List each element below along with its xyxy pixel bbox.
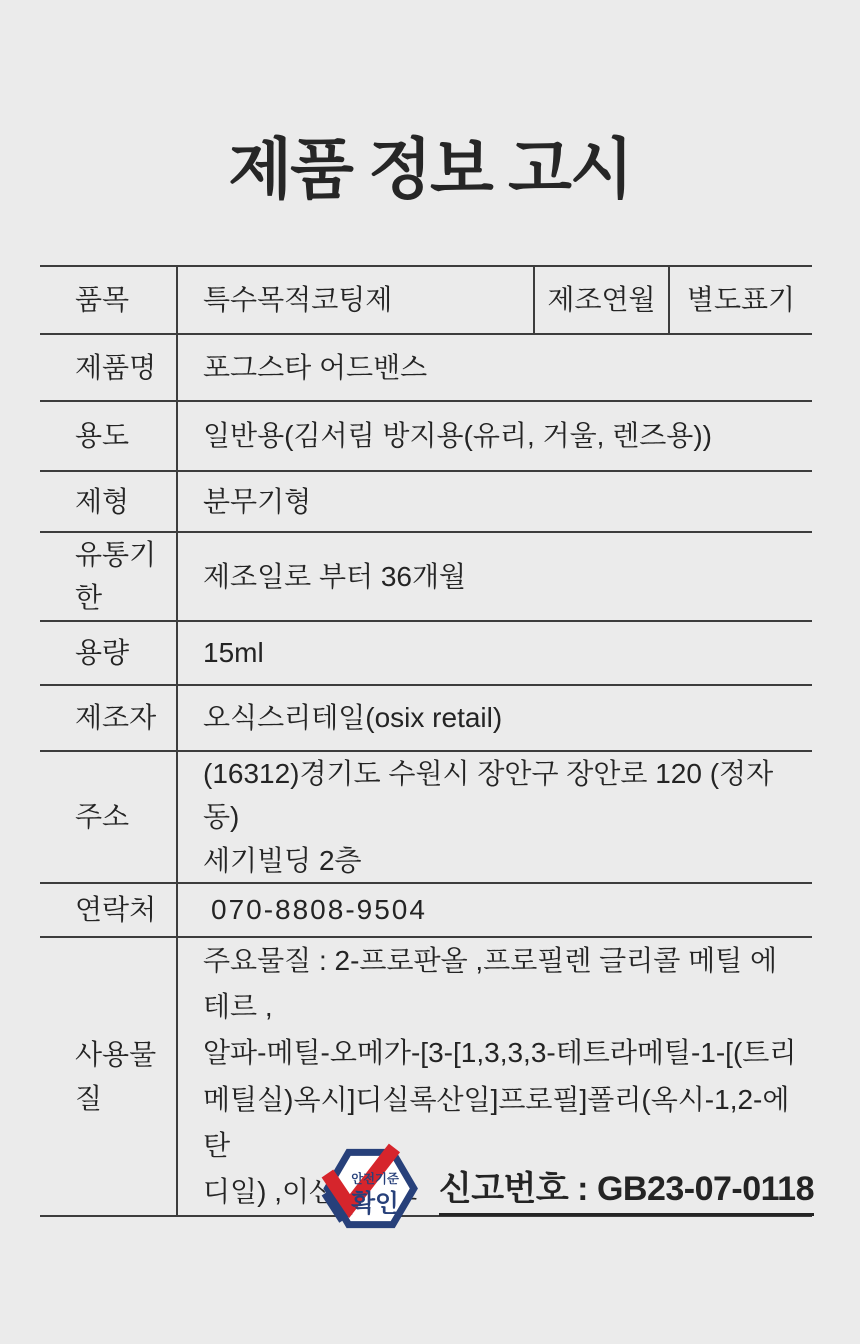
row-value: 특수목적코팅제 [176,267,533,333]
row-value: 포그스타 어드밴스 [176,335,812,400]
table-row-shelf-life: 유통기한 제조일로 부터 36개월 [40,533,812,622]
table-row-contact: 연락처 070-8808-9504 [40,884,812,938]
manufacture-date-value: 별도표기 [668,267,812,333]
row-value: 070-8808-9504 [176,884,812,936]
row-label: 사용물질 [40,938,176,1215]
row-label: 연락처 [40,884,176,936]
certification-footer: 안전기준 확인 신고번호 : GB23-07-0118 [315,1138,814,1238]
page-title: 제품 정보 고시 [0,116,860,211]
badge-small-text: 안전기준 [351,1171,399,1186]
table-row-usage: 용도 일반용(김서림 방지용(유리, 거울, 렌즈용)) [40,402,812,472]
row-label: 제형 [40,472,176,531]
row-label: 품목 [40,267,176,333]
table-row-form: 제형 분무기형 [40,472,812,533]
row-value: 제조일로 부터 36개월 [176,533,812,620]
row-label: 용도 [40,402,176,470]
safety-certification-mark: 안전기준 확인 [315,1140,421,1237]
row-label: 용량 [40,622,176,684]
row-value: 15ml [176,622,812,684]
table-row-manufacturer: 제조자 오식스리테일(osix retail) [40,686,812,752]
table-row-category: 품목 특수목적코팅제 제조연월 별도표기 [40,267,812,335]
row-value: 분무기형 [176,472,812,531]
product-info-table: 품목 특수목적코팅제 제조연월 별도표기 제품명 포그스타 어드밴스 용도 일반… [40,265,812,1217]
row-label: 제조자 [40,686,176,750]
report-number: 신고번호 : GB23-07-0118 [439,1161,814,1216]
table-row-address: 주소 (16312)경기도 수원시 장안구 장안로 120 (정자동) 세기빌딩… [40,752,812,884]
row-value: 오식스리테일(osix retail) [176,686,812,750]
row-value: (16312)경기도 수원시 장안구 장안로 120 (정자동) 세기빌딩 2층 [176,752,812,882]
table-row-product-name: 제품명 포그스타 어드밴스 [40,335,812,402]
badge-big-text: 확인 [350,1188,399,1217]
row-label: 제품명 [40,335,176,400]
row-label: 유통기한 [40,533,176,620]
manufacture-date-label: 제조연월 [533,267,668,333]
row-label: 주소 [40,752,176,882]
table-row-volume: 용량 15ml [40,622,812,686]
row-value: 일반용(김서림 방지용(유리, 거울, 렌즈용)) [176,402,812,470]
